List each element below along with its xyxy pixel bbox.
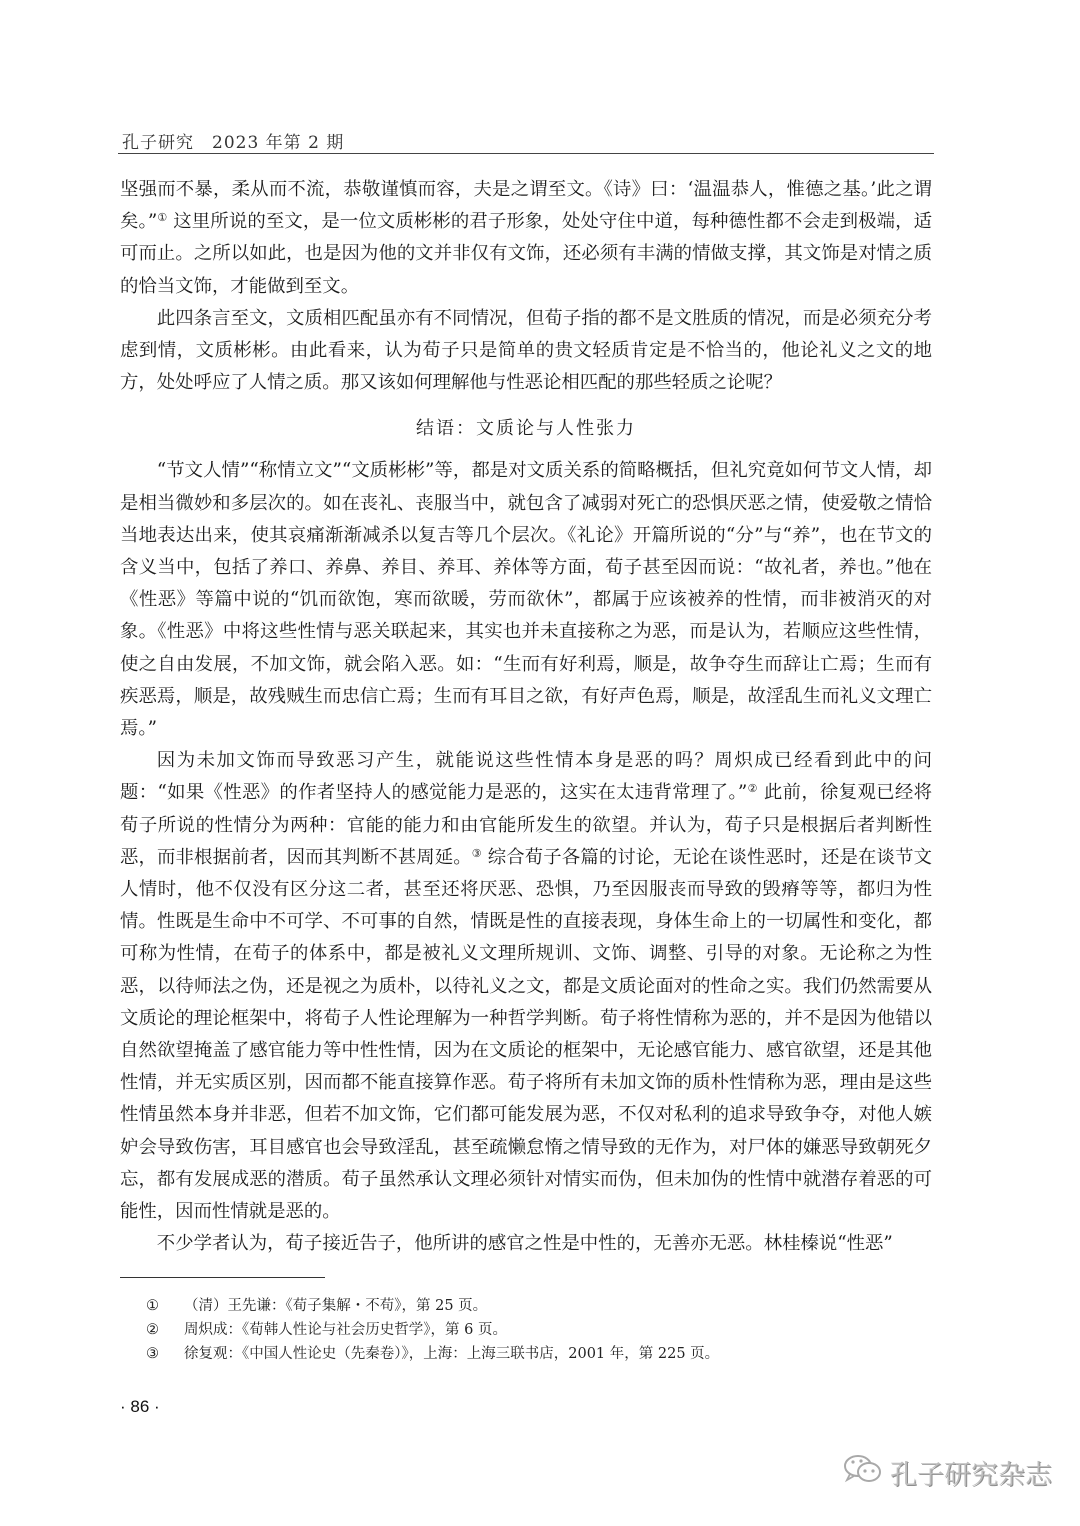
header-rule (118, 153, 934, 154)
page-number: · 86 · (120, 1397, 160, 1417)
issue-label: 2023 年第 2 期 (212, 133, 344, 153)
section-heading: 结语：文质论与人性张力 (120, 413, 932, 445)
wechat-icon (842, 1452, 890, 1493)
footnote-ref-2[interactable]: ② (747, 782, 758, 795)
journal-page: 孔子研究2023 年第 2 期 坚强而不暴，柔从而不流，恭敬谨慎而容，夫是之谓至… (0, 0, 1080, 1526)
journal-name: 孔子研究 (122, 133, 194, 153)
watermark: 孔子研究杂志 (842, 1452, 1052, 1493)
paragraph-4: 因为未加文饰而导致恶习产生，就能说这些性情本身是恶的吗？周炽成已经看到此中的问题… (120, 745, 932, 1228)
footnote-3: ③ 徐复观：《中国人性论史（先秦卷）》，上海：上海三联书店，2001 年，第 2… (146, 1342, 926, 1366)
footnote-text: （清）王先谦：《荀子集解・不苟》，第 25 页。 (184, 1294, 487, 1318)
footnote-ref-1[interactable]: ① (157, 211, 167, 224)
footnote-text: 徐复观：《中国人性论史（先秦卷）》，上海：上海三联书店，2001 年，第 225… (184, 1342, 719, 1366)
paragraph-3: “节文人情”“称情立文”“文质彬彬”等，都是对文质关系的简略概括，但礼究竟如何节… (120, 455, 932, 745)
footnote-1: ① （清）王先谦：《荀子集解・不苟》，第 25 页。 (146, 1294, 926, 1318)
footnote-2: ② 周炽成：《荀韩人性论与社会历史哲学》，第 6 页。 (146, 1318, 926, 1342)
running-head: 孔子研究2023 年第 2 期 (122, 128, 932, 153)
footnote-mark: ① (146, 1294, 184, 1318)
paragraph-2: 此四条言至文，文质相匹配虽亦有不同情况，但荀子指的都不是文胜质的情况，而是必须充… (120, 303, 932, 400)
footnote-ref-3[interactable]: ③ (472, 847, 482, 860)
paragraph-5: 不少学者认为，荀子接近告子，他所讲的感官之性是中性的，无善亦无恶。林桂榛说“性恶… (120, 1228, 932, 1260)
footnotes: ① （清）王先谦：《荀子集解・不苟》，第 25 页。 ② 周炽成：《荀韩人性论与… (146, 1294, 926, 1366)
footnote-mark: ② (146, 1318, 184, 1342)
footnote-text: 周炽成：《荀韩人性论与社会历史哲学》，第 6 页。 (184, 1318, 507, 1342)
body-text: 坚强而不暴，柔从而不流，恭敬谨慎而容，夫是之谓至文。《诗》曰：‘温温恭人，惟德之… (120, 174, 932, 1261)
footnote-rule (120, 1277, 325, 1278)
footnote-mark: ③ (146, 1342, 184, 1366)
paragraph-1: 坚强而不暴，柔从而不流，恭敬谨慎而容，夫是之谓至文。《诗》曰：‘温温恭人，惟德之… (120, 174, 932, 303)
watermark-text: 孔子研究杂志 (890, 1453, 1052, 1492)
